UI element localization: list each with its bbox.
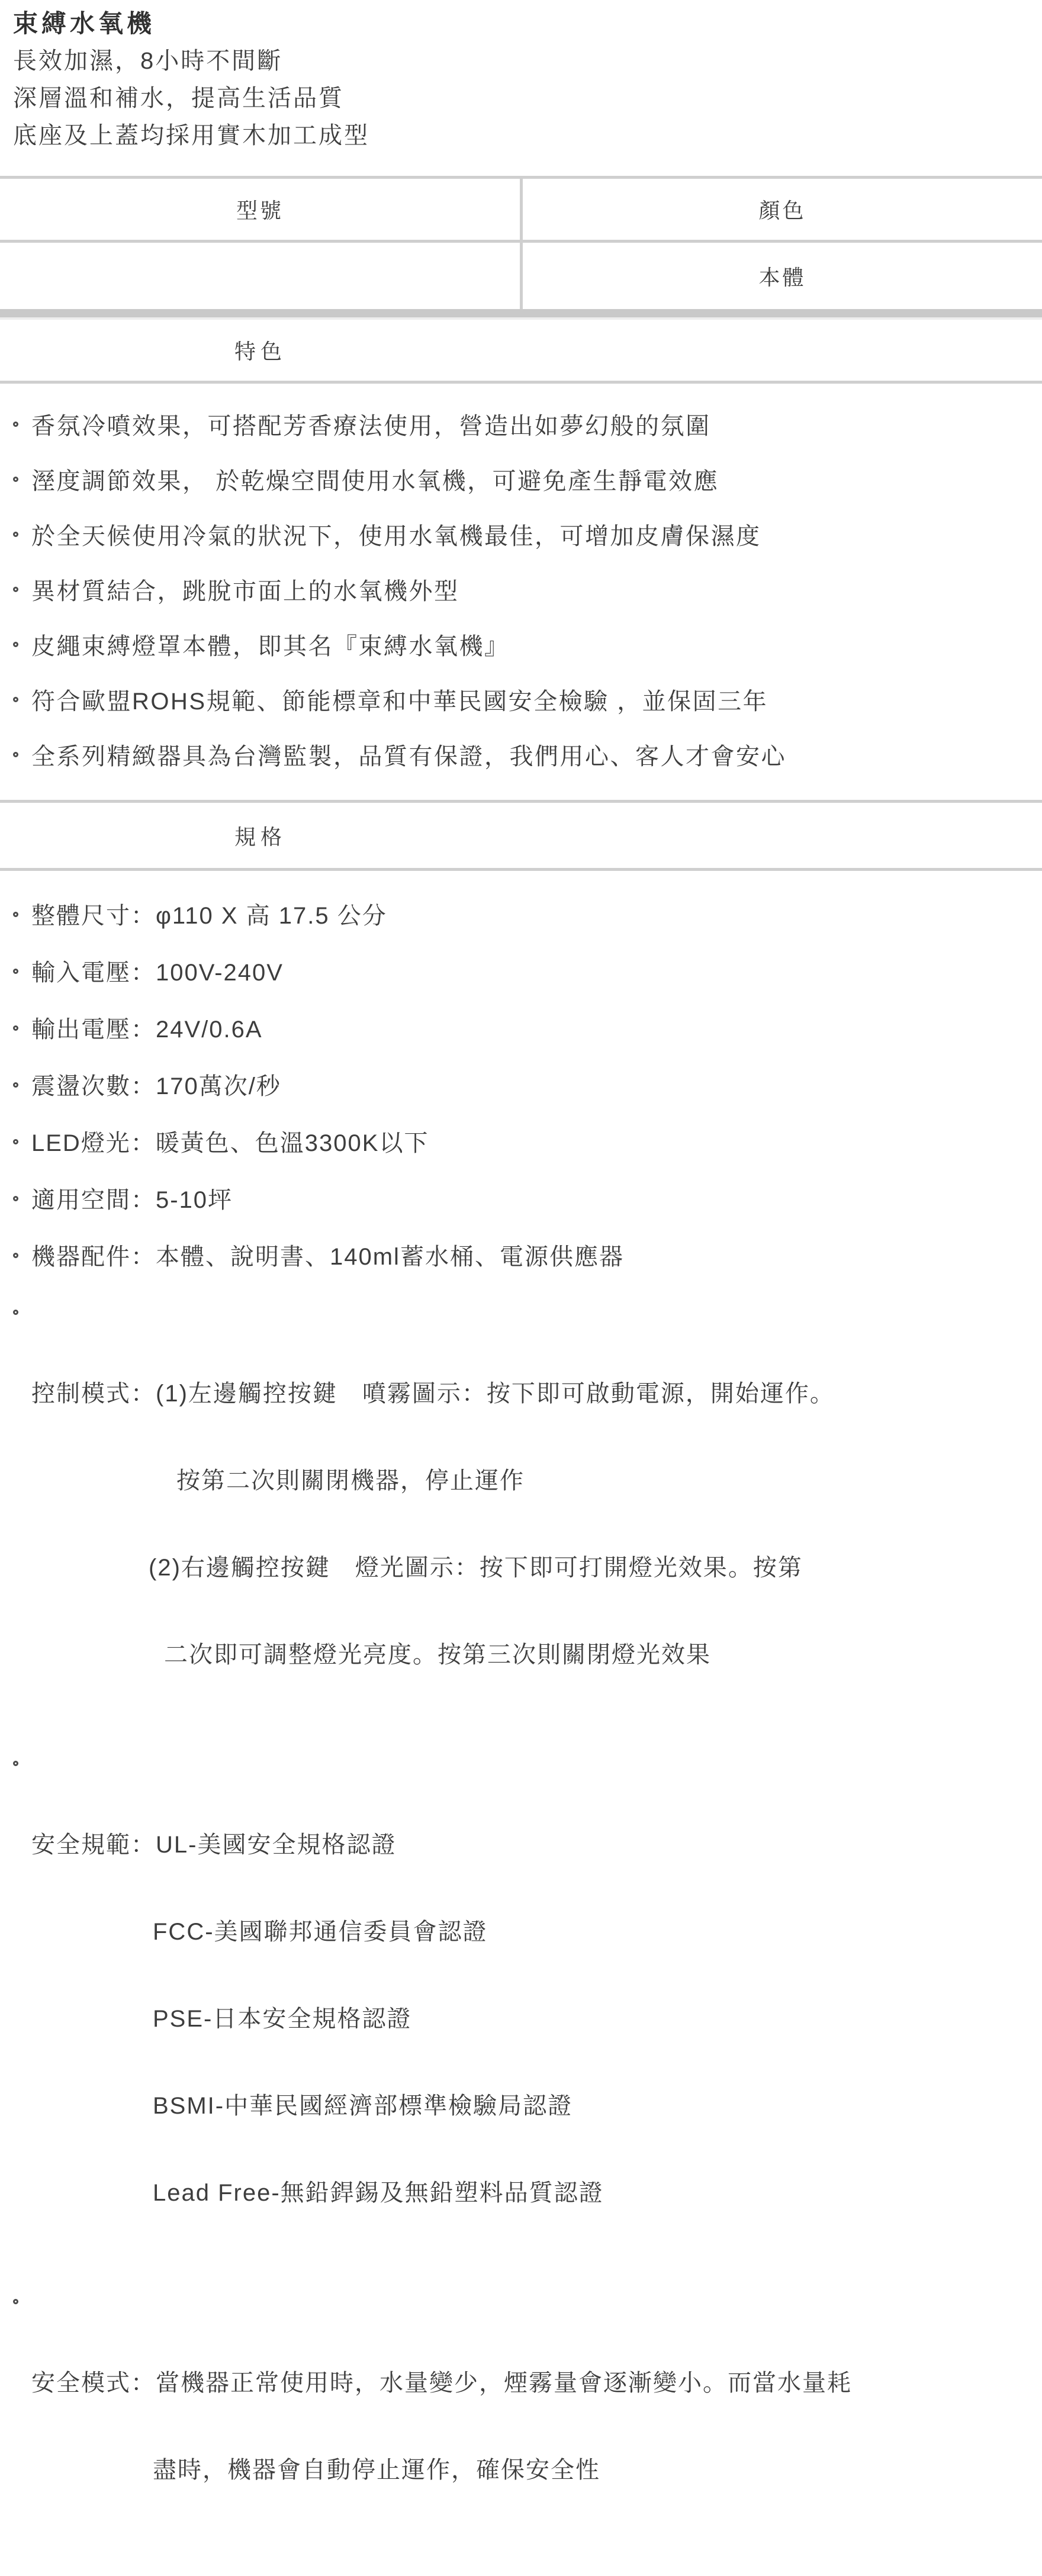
ring-bullet-icon: [13, 1139, 18, 1144]
intro-section: 束縛水氧機 長效加濕，8小時不間斷 深層溫和補水，提高生活品質 底座及上蓋均採用…: [13, 5, 1042, 155]
ring-bullet-icon: [13, 1082, 18, 1088]
specs-header-underline: [0, 868, 1042, 871]
spec-item-input-voltage: 輸入電壓：100V-240V: [0, 956, 1042, 990]
ring-bullet-icon: [13, 1253, 18, 1258]
spec-item-control-mode: 控制模式：(1)左邊觸控按鍵 噴霧圖示：按下即可啟動電源，開始運作。 按第二次則…: [0, 1297, 1042, 1725]
spec-line: 盡時，機器會自動停止運作，確保安全性: [31, 2453, 1042, 2487]
feature-text: 異材質結合，跳脫市面上的水氧機外型: [31, 578, 459, 604]
feature-item: 全系列精緻器具為台灣監製，品質有保證，我們用心、客人才會安心: [0, 745, 1042, 768]
spec-item-safety-mode: 安全模式：當機器正常使用時，水量變少，煙霧量會逐漸變小。而當水量耗 盡時，機器會…: [0, 2286, 1042, 2540]
specs-header-block: 規格: [0, 800, 1042, 871]
ring-bullet-icon: [13, 1761, 18, 1766]
ring-bullet-icon: [13, 422, 18, 427]
spec-line: 機器配件：本體、說明書、140ml蓄水桶、電源供應器: [31, 1240, 1042, 1274]
spec-line: BSMI-中華民國經濟部標準檢驗局認證: [31, 2089, 1042, 2123]
ring-bullet-icon: [13, 2299, 18, 2304]
model-color-table: 型號 顏色 本體 特色: [0, 176, 1042, 384]
ring-bullet-icon: [13, 1196, 18, 1201]
spec-line: (2)右邊觸控按鍵 燈光圖示：按下即可打開燈光效果。按第: [31, 1551, 1042, 1585]
ring-bullet-icon: [13, 1025, 18, 1031]
spec-item-led-light: LED燈光：暖黃色、色溫3300K以下: [0, 1127, 1042, 1160]
product-description-page: 束縛水氧機 長效加濕，8小時不間斷 深層溫和補水，提高生活品質 底座及上蓋均採用…: [0, 0, 1042, 2576]
feature-text: 全系列精緻器具為台灣監製，品質有保證，我們用心、客人才會安心: [31, 744, 786, 770]
spec-line: 二次即可調整燈光亮度。按第三次則關閉燈光效果: [31, 1638, 1042, 1672]
spec-line: 安全規範：UL-美國安全規格認證: [31, 1828, 1042, 1862]
spec-item-accessories: 機器配件：本體、說明書、140ml蓄水桶、電源供應器: [0, 1240, 1042, 1274]
ring-bullet-icon: [13, 969, 18, 974]
cell-color-value: 本體: [523, 243, 1042, 309]
features-header-underline: [0, 381, 1042, 384]
feature-text: 符合歐盟ROHS規範、節能標章和中華民國安全檢驗 ，並保固三年: [31, 689, 768, 715]
spec-item-oscillation: 震盪次數：170萬次/秒: [0, 1070, 1042, 1104]
ring-bullet-icon: [13, 912, 18, 917]
cell-color-value-text: 本體: [758, 261, 806, 291]
features-header-label: 特色: [234, 335, 287, 365]
intro-line: 底座及上蓋均採用實木加工成型: [13, 117, 1042, 155]
spec-line: 輸入電壓：100V-240V: [31, 956, 1042, 990]
spec-line: PSE-日本安全規格認證: [31, 2002, 1042, 2036]
feature-item: 香氛冷噴效果，可搭配芳香療法使用，營造出如夢幻般的氛圍: [0, 414, 1042, 438]
feature-item: 符合歐盟ROHS規範、節能標章和中華民國安全檢驗 ，並保固三年: [0, 690, 1042, 713]
spec-item-output-voltage: 輸出電壓：24V/0.6A: [0, 1013, 1042, 1047]
spec-line: 震盪次數：170萬次/秒: [31, 1070, 1042, 1104]
table-value-row: 本體: [0, 243, 1042, 309]
feature-item: 異材質結合，跳脫市面上的水氧機外型: [0, 580, 1042, 603]
feature-text: 香氛冷噴效果，可搭配芳香療法使用，營造出如夢幻般的氛圍: [31, 413, 711, 439]
intro-line: 長效加濕，8小時不間斷: [13, 43, 1042, 80]
specs-list: 整體尺寸：φ110 X 高 17.5 公分 輸入電壓：100V-240V 輸出電…: [0, 899, 1042, 2540]
spec-line: 控制模式：(1)左邊觸控按鍵 噴霧圖示：按下即可啟動電源，開始運作。: [31, 1377, 1042, 1411]
feature-item: 皮繩束縛燈罩本體，即其名『束縛水氧機』: [0, 635, 1042, 658]
ring-bullet-icon: [13, 587, 18, 592]
specs-section-header: 規格: [0, 803, 521, 868]
spec-item-dimensions: 整體尺寸：φ110 X 高 17.5 公分: [0, 899, 1042, 933]
specs-header-label: 規格: [234, 821, 287, 851]
ring-bullet-icon: [13, 697, 18, 702]
spec-line: FCC-美國聯邦通信委員會認證: [31, 1915, 1042, 1949]
ring-bullet-icon: [13, 642, 18, 647]
feature-text: 皮繩束縛燈罩本體，即其名『束縛水氧機』: [31, 633, 510, 660]
ring-bullet-icon: [13, 752, 18, 757]
intro-line: 深層溫和補水，提高生活品質: [13, 80, 1042, 117]
col-header-model-label: 型號: [236, 194, 284, 224]
spec-item-safety-certifications: 安全規範：UL-美國安全規格認證 FCC-美國聯邦通信委員會認證 PSE-日本安…: [0, 1748, 1042, 2263]
col-header-model: 型號: [0, 179, 520, 240]
spec-line: Lead Free-無鉛銲錫及無鉛塑料品質認證: [31, 2176, 1042, 2210]
ring-bullet-icon: [13, 1310, 18, 1315]
ring-bullet-icon: [13, 477, 18, 482]
spec-line: LED燈光：暖黃色、色溫3300K以下: [31, 1127, 1042, 1160]
table-header-row: 型號 顏色: [0, 179, 1042, 240]
col-header-color: 顏色: [523, 179, 1042, 240]
spec-item-coverage: 適用空間：5-10坪: [0, 1184, 1042, 1217]
spec-line: 整體尺寸：φ110 X 高 17.5 公分: [31, 899, 1042, 933]
features-section-header: 特色: [0, 320, 521, 381]
spec-line: 適用空間：5-10坪: [31, 1184, 1042, 1217]
features-list: 香氛冷噴效果，可搭配芳香療法使用，營造出如夢幻般的氛圍 溼度調節效果， 於乾燥空…: [0, 414, 1042, 768]
feature-text: 溼度調節效果， 於乾燥空間使用水氧機，可避免產生靜電效應: [31, 468, 719, 494]
table-bottom-thick-border: [0, 309, 1042, 317]
spec-line: 按第二次則關閉機器，停止運作: [31, 1464, 1042, 1498]
spec-line: 輸出電壓：24V/0.6A: [31, 1013, 1042, 1047]
cell-model-value: [0, 243, 520, 309]
feature-text: 於全天候使用冷氣的狀況下，使用水氧機最佳，可增加皮膚保濕度: [31, 523, 761, 549]
col-header-color-label: 顏色: [758, 194, 806, 224]
feature-item: 溼度調節效果， 於乾燥空間使用水氧機，可避免產生靜電效應: [0, 469, 1042, 493]
spec-line: 安全模式：當機器正常使用時，水量變少，煙霧量會逐漸變小。而當水量耗: [31, 2366, 1042, 2400]
feature-item: 於全天候使用冷氣的狀況下，使用水氧機最佳，可增加皮膚保濕度: [0, 525, 1042, 548]
ring-bullet-icon: [13, 532, 18, 537]
product-title: 束縛水氧機: [13, 5, 1042, 43]
